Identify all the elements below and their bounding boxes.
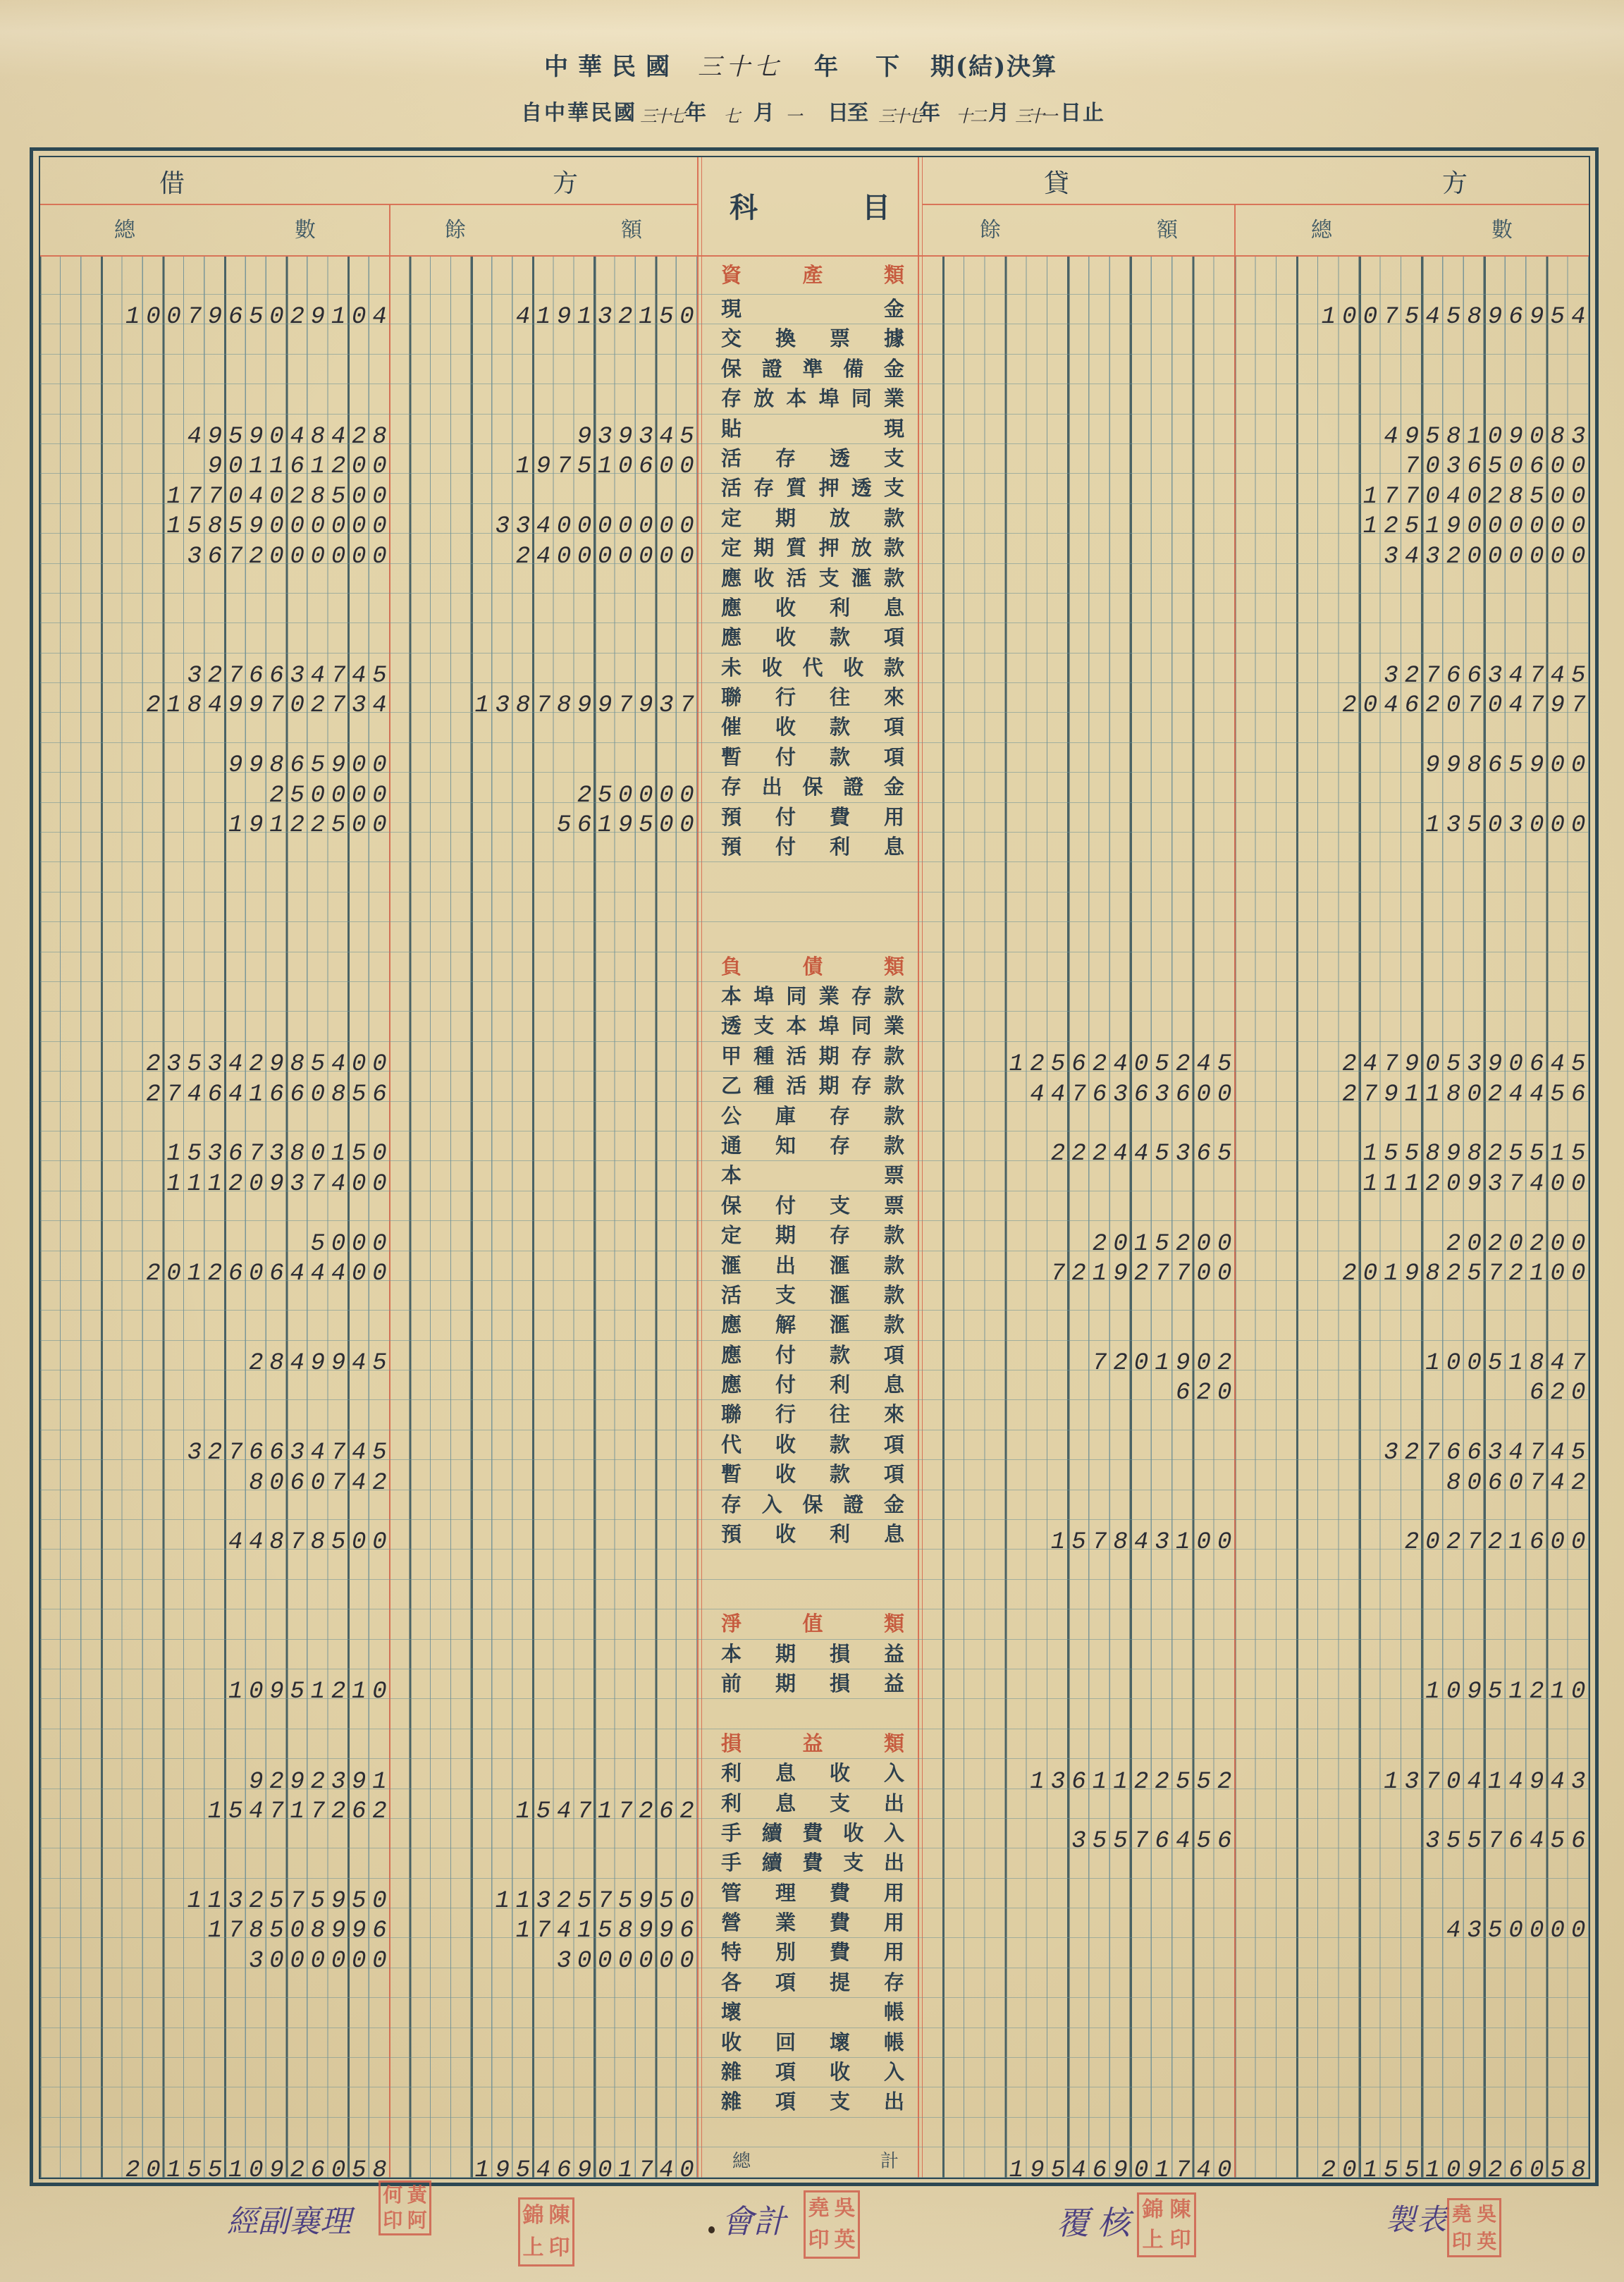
reviewer-signature-label: 覆核 xyxy=(1057,2207,1138,2239)
period-to-year: 三十七 xyxy=(878,103,921,130)
seal-char: 英 xyxy=(832,2225,858,2257)
period-from-month: 七 xyxy=(723,103,740,130)
period-month-unit-1: 月 xyxy=(753,100,775,127)
seal-char: 印 xyxy=(806,2225,832,2257)
period-month-unit-2: 月 xyxy=(988,100,1009,127)
table-inner-border xyxy=(39,156,1590,2179)
period-from-day: 一 xyxy=(785,103,802,130)
ink-dot xyxy=(708,2226,715,2233)
seal-char: 英 xyxy=(1475,2228,1500,2255)
seal-char: 吳 xyxy=(832,2192,858,2225)
manager-signature-label: 經副襄理 xyxy=(227,2207,351,2238)
seal-char: 印 xyxy=(546,2232,572,2264)
period-to-day: 三十一 xyxy=(1015,103,1053,130)
period-year-unit-2: 年 xyxy=(919,100,940,127)
seal-char: 阿 xyxy=(405,2208,430,2233)
preparer-signature-label: 製表 xyxy=(1386,2205,1448,2235)
title-suffix: 期(結)決算 xyxy=(930,52,1057,82)
preparer-seal: 堯 吳 印 英 xyxy=(1447,2198,1501,2257)
period-year-unit-1: 年 xyxy=(685,100,706,127)
period-from-prefix: 自中華民國 xyxy=(521,100,637,127)
seal-char: 印 xyxy=(381,2208,405,2233)
period-to-month: 十二 xyxy=(956,103,984,130)
seal-char: 印 xyxy=(1167,2225,1194,2255)
manager-seal-1: 何 黃 印 阿 xyxy=(379,2180,431,2235)
period-day-end: 日止 xyxy=(1060,100,1105,127)
seal-char: 何 xyxy=(381,2183,405,2208)
seal-char: 上 xyxy=(520,2232,546,2264)
title-half-handwritten: 下 xyxy=(875,52,899,82)
accountant-seal: 堯 吳 印 英 xyxy=(804,2190,860,2259)
seal-char: 陳 xyxy=(1167,2195,1194,2225)
seal-char: 堯 xyxy=(806,2192,832,2225)
period-day-to: 日至 xyxy=(828,100,867,127)
seal-char: 吳 xyxy=(1475,2200,1500,2228)
seal-char: 堯 xyxy=(1449,2200,1475,2228)
period-from-year: 三十七 xyxy=(640,103,682,130)
seal-char: 錦 xyxy=(1139,2195,1167,2225)
title-year-handwritten: 三十七 xyxy=(698,52,782,82)
seal-char: 錦 xyxy=(520,2200,546,2232)
title-prefix: 中華民國 xyxy=(544,52,679,82)
seal-char: 黃 xyxy=(405,2183,430,2208)
accountant-signature-label: 會計 xyxy=(721,2205,786,2238)
reviewer-seal: 錦 陳 上 印 xyxy=(1137,2192,1196,2257)
manager-seal-2: 錦 陳 上 印 xyxy=(518,2197,574,2266)
seal-char: 印 xyxy=(1449,2228,1475,2255)
seal-char: 陳 xyxy=(546,2200,572,2232)
seal-char: 上 xyxy=(1139,2225,1167,2255)
title-year-unit: 年 xyxy=(814,52,838,82)
